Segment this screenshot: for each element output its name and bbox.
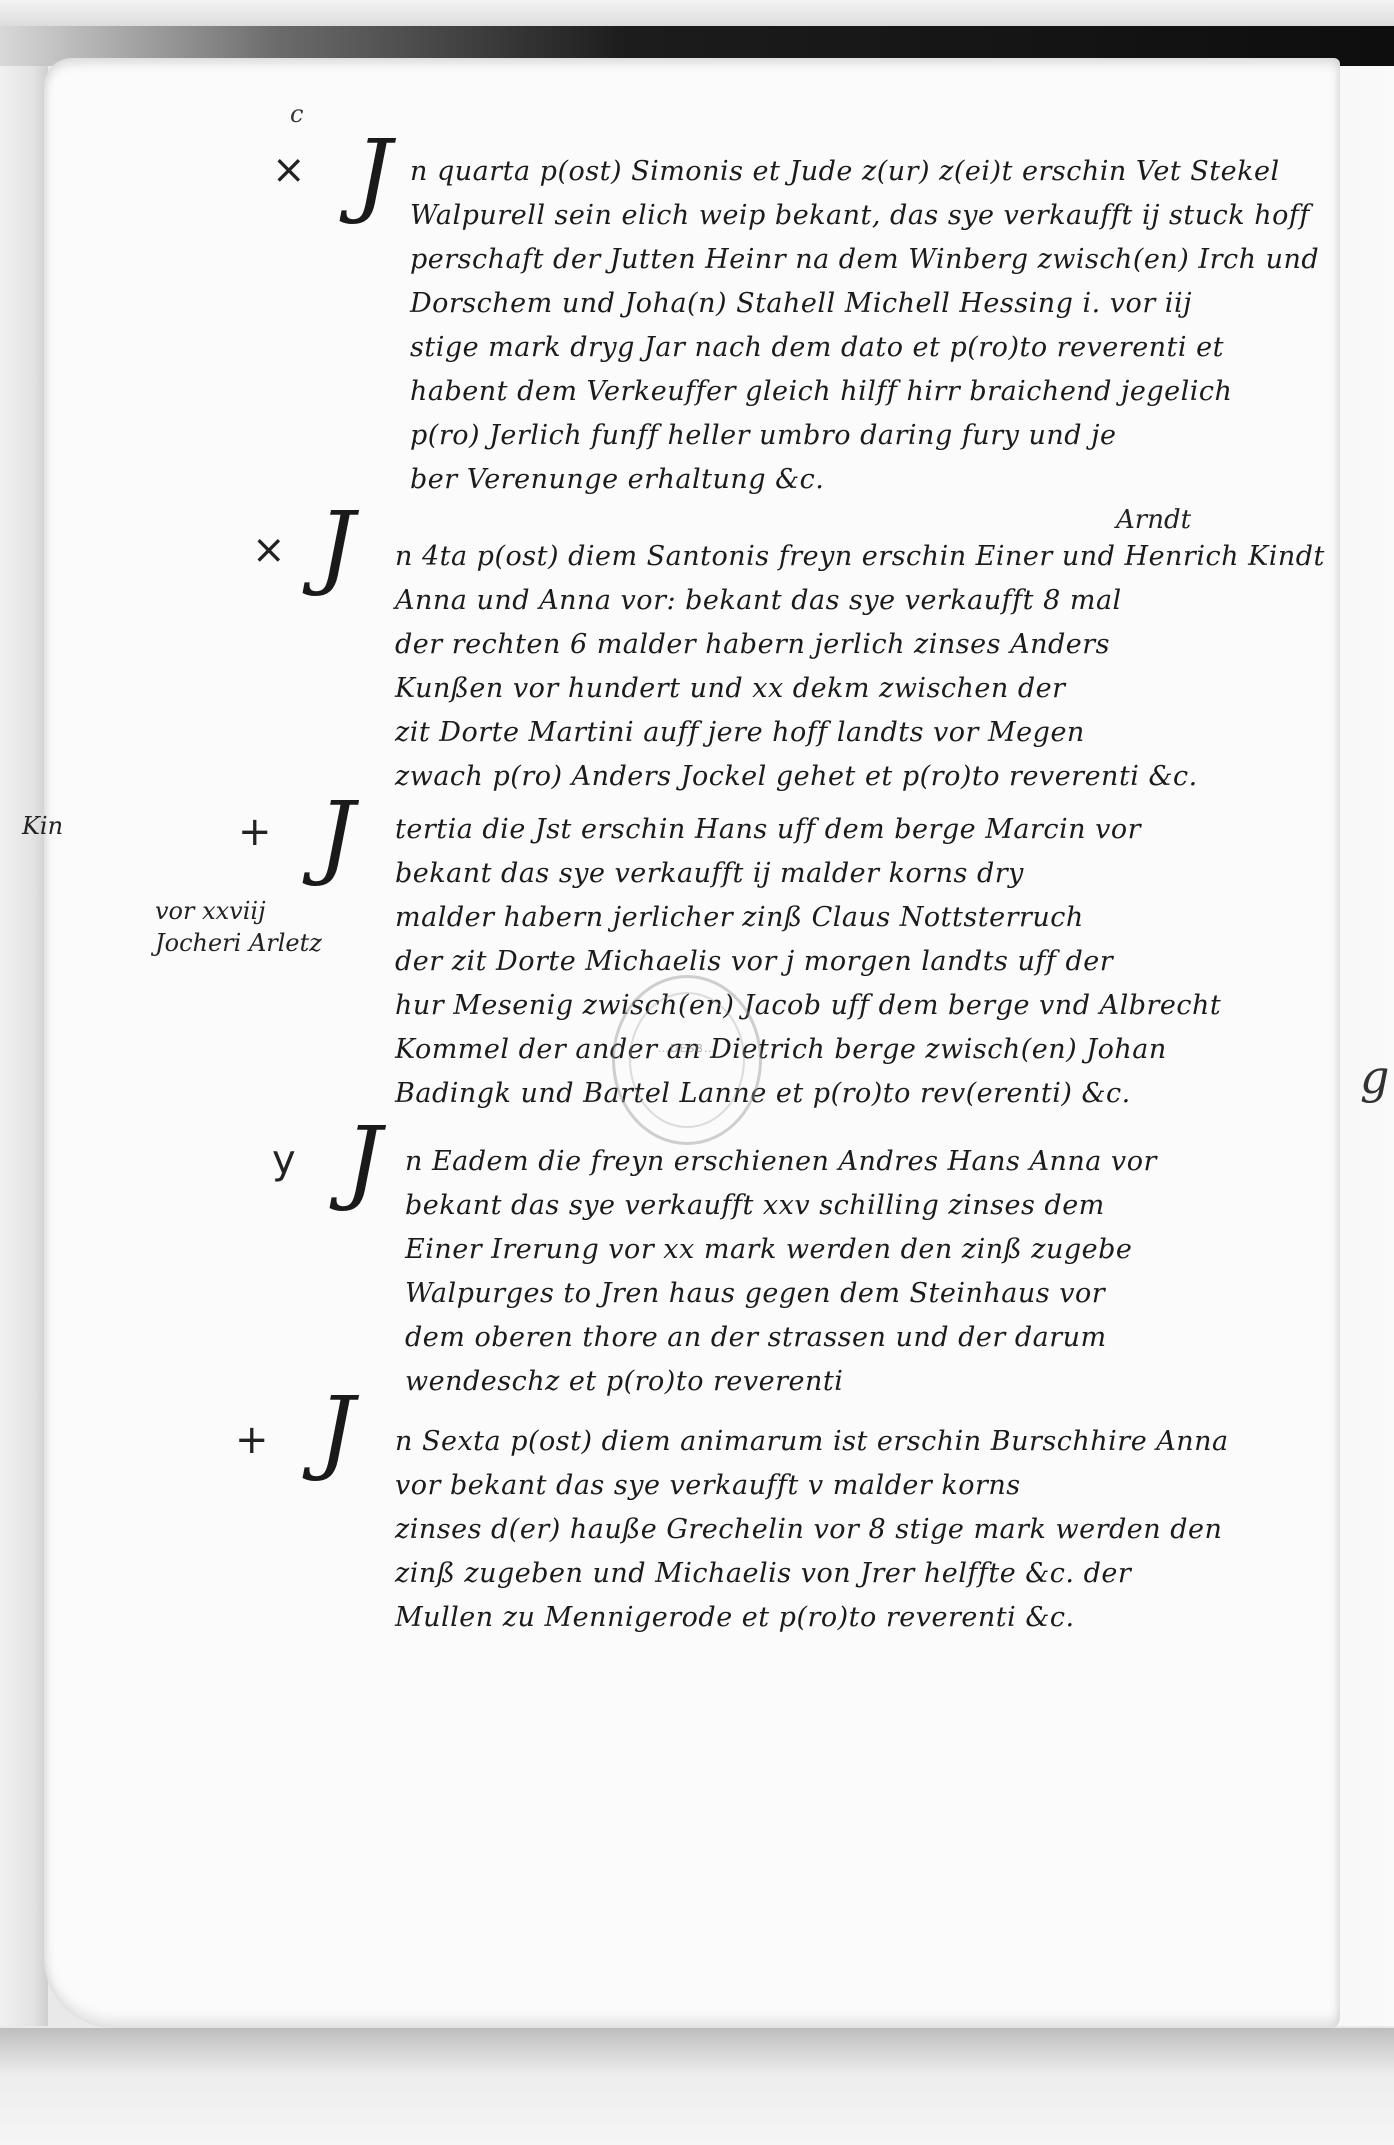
entry-text: n Sexta p(ost) diem animarum ist erschin… (395, 1420, 1229, 1640)
entry-text: n 4ta p(ost) diem Santonis freyn erschin… (395, 535, 1325, 799)
text-line: n Eadem die freyn erschienen Andres Hans… (405, 1140, 1157, 1184)
scan-bottom-edge (0, 2028, 1394, 2145)
left-page-stack (0, 66, 48, 2026)
text-line: zinses d(er) hauße Grechelin vor 8 stige… (395, 1508, 1229, 1552)
decorated-initial: J (355, 128, 392, 220)
margin-line: vor xxviij (155, 895, 322, 927)
stamp-ring (629, 992, 745, 1128)
text-line: zit Dorte Martini auff jere hoff landts … (395, 711, 1325, 755)
text-line: perschaft der Jutten Heinr na dem Winber… (410, 238, 1319, 282)
text-line: p(ro) Jerlich funff heller umbro daring … (410, 414, 1319, 458)
text-line: Badingk und Bartel Lanne et p(ro)to rev(… (395, 1072, 1221, 1116)
plus-mark: + (235, 1420, 269, 1460)
foliation-mark: c (290, 100, 303, 128)
text-line: malder habern jerlicher zinß Claus Notts… (395, 896, 1221, 940)
scan-top-band (0, 0, 1394, 26)
library-stamp: …DESB… (612, 975, 762, 1145)
plus-mark: + (238, 812, 272, 852)
margin-fragment: Kin (22, 810, 63, 842)
text-line: Mullen zu Mennigerode et p(ro)to reveren… (395, 1596, 1229, 1640)
stamp-legend: …DESB… (615, 1042, 759, 1055)
decorated-initial: J (345, 1115, 382, 1207)
text-line: n Sexta p(ost) diem animarum ist erschin… (395, 1420, 1229, 1464)
text-line: hur Mesenig zwisch(en) Jacob uff dem ber… (395, 984, 1221, 1028)
text-line: tertia die Jst erschin Hans uff dem berg… (395, 808, 1221, 852)
text-line: ber Verenunge erhaltung &c. (410, 458, 1319, 502)
text-line: bekant das sye verkaufft xxv schilling z… (405, 1184, 1157, 1228)
decorated-initial: J (318, 790, 355, 882)
text-line: Kunßen vor hundert und xx dekm zwischen … (395, 667, 1325, 711)
text-line: Anna und Anna vor: bekant das sye verkau… (395, 579, 1325, 623)
entry-text: tertia die Jst erschin Hans uff dem berg… (395, 808, 1221, 1116)
text-line: n 4ta p(ost) diem Santonis freyn erschin… (395, 535, 1325, 579)
decorated-initial: J (318, 500, 355, 592)
cross-mark: × (272, 150, 306, 190)
text-line: Dorschem und Joha(n) Stahell Michell Hes… (410, 282, 1319, 326)
margin-line: Jocheri Arletz (155, 927, 322, 959)
text-line: Walpurell sein elich weip bekant, das sy… (410, 194, 1319, 238)
text-line: zwach p(ro) Anders Jockel gehet et p(ro)… (395, 755, 1325, 799)
text-line: Kommel der ander an Dietrich berge zwisc… (395, 1028, 1221, 1072)
cross-mark: y (272, 1140, 296, 1180)
marginal-annotation: vor xxviij Jocheri Arletz (155, 895, 322, 959)
text-line: zinß zugeben und Michaelis von Jrer helf… (395, 1552, 1229, 1596)
entry-text: n quarta p(ost) Simonis et Jude z(ur) z(… (410, 150, 1319, 502)
text-line: n quarta p(ost) Simonis et Jude z(ur) z(… (410, 150, 1319, 194)
cross-mark: × (252, 530, 286, 570)
text-line: vor bekant das sye verkaufft v malder ko… (395, 1464, 1229, 1508)
text-line: Einer Irerung vor xx mark werden den zin… (405, 1228, 1157, 1272)
marginal-name-note: Arndt (1116, 505, 1191, 535)
text-line: wendeschz et p(ro)to reverenti (405, 1360, 1157, 1404)
text-line: der rechten 6 malder habern jerlich zins… (395, 623, 1325, 667)
right-margin-glyph: g (1360, 1050, 1389, 1104)
decorated-initial: J (318, 1385, 355, 1477)
text-line: stige mark dryg Jar nach dem dato et p(r… (410, 326, 1319, 370)
text-line: der zit Dorte Michaelis vor j morgen lan… (395, 940, 1221, 984)
text-line: dem oberen thore an der strassen und der… (405, 1316, 1157, 1360)
text-line: Walpurges to Jren haus gegen dem Steinha… (405, 1272, 1157, 1316)
entry-text: n Eadem die freyn erschienen Andres Hans… (405, 1140, 1157, 1404)
text-line: bekant das sye verkaufft ij malder korns… (395, 852, 1221, 896)
text-line: habent dem Verkeuffer gleich hilff hirr … (410, 370, 1319, 414)
